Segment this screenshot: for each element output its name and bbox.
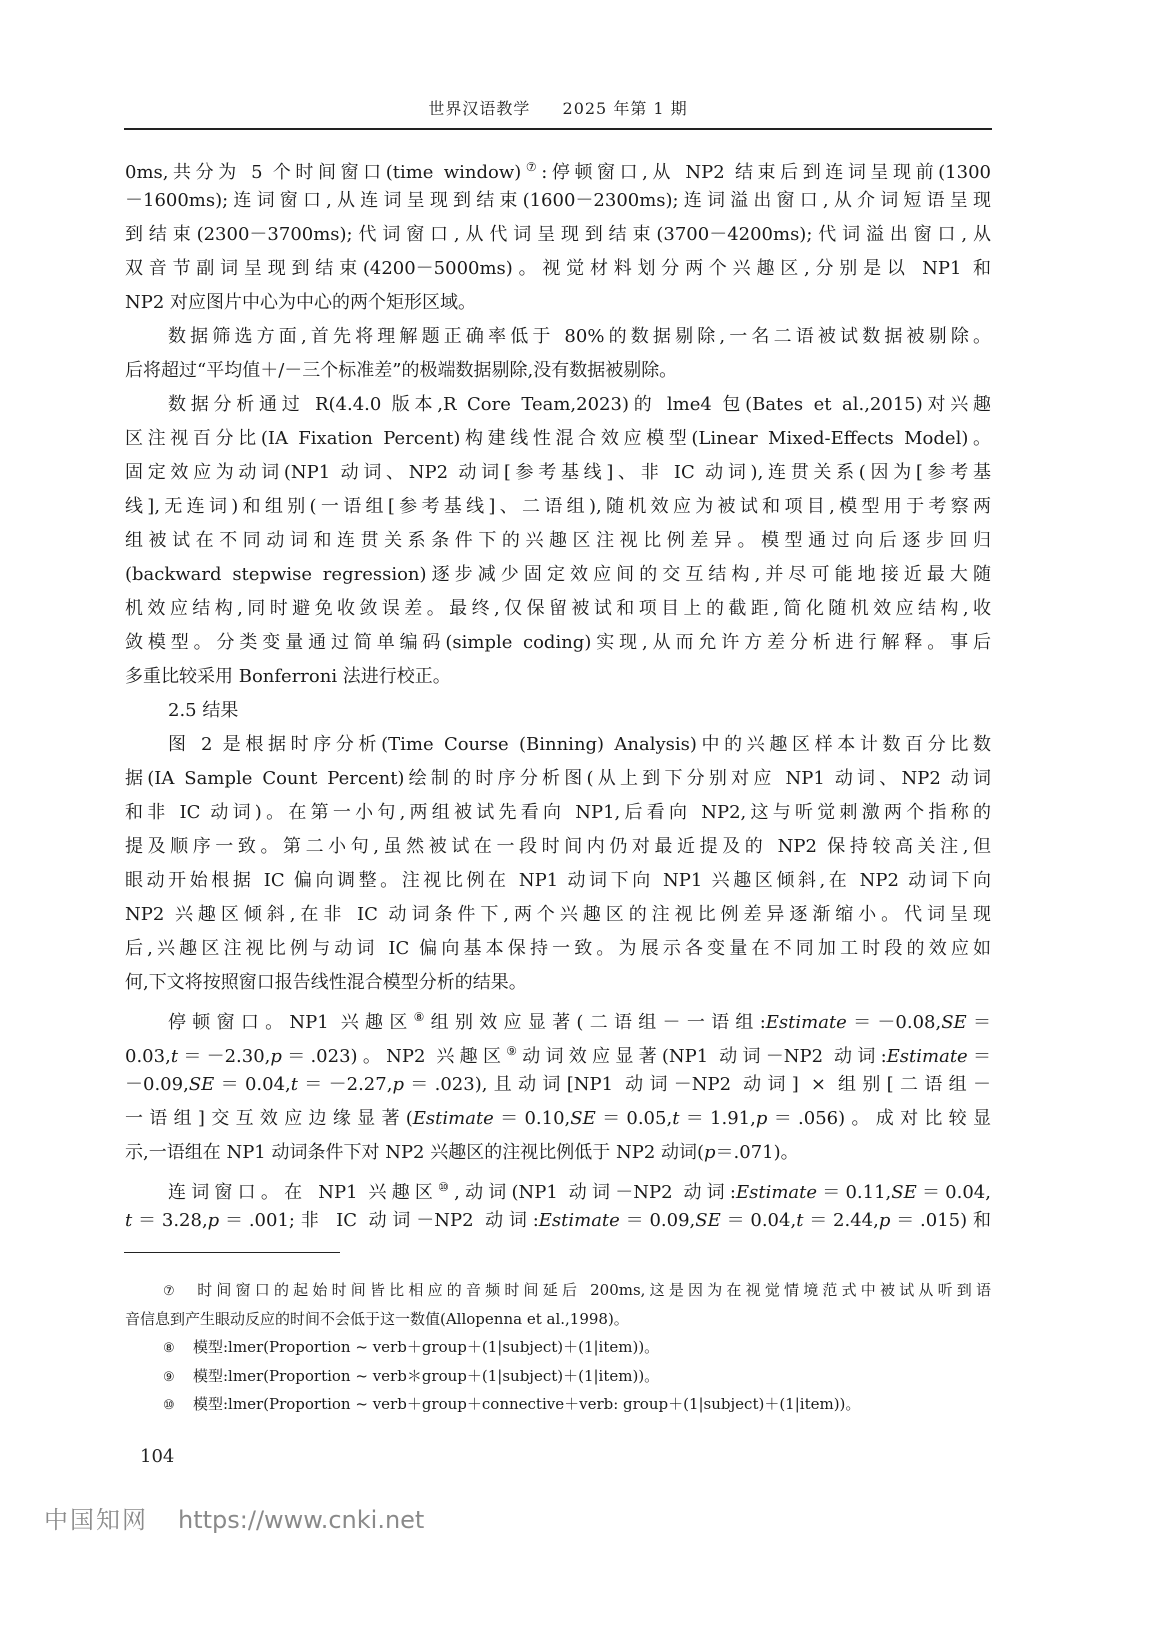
footnotes: ⑦时间窗口的起始时间皆比相应的音频时间延后 200ms,这是因为在视觉情境范式中… [125, 1276, 991, 1419]
body-text: 0ms,共分为 5 个时间窗口(time window)⑦:停顿窗口,从 NP2… [125, 150, 991, 1238]
text-line: 数据筛选方面,首先将理解题正确率低于 80%的数据剔除,一名二语被试数据被剔除。 [125, 320, 991, 354]
text-line: 示,一语组在 NP1 动词条件下对 NP2 兴趣区的注视比例低于 NP2 动词(… [125, 1136, 991, 1170]
footnote-mark: ⑩ [163, 1392, 193, 1421]
cnki-url[interactable]: https://www.cnki.net [178, 1506, 424, 1534]
text-line: 一语组]交互效应边缘显著(Estimate＝0.10,SE＝0.05,t＝1.9… [125, 1102, 991, 1136]
footnote-mark: ⑧ [163, 1335, 193, 1364]
text-line: －1600ms);连词窗口,从连词呈现到结束(1600－2300ms);连词溢出… [125, 184, 991, 218]
running-header: 世界汉语教学 2025 年第 1 期 [125, 96, 991, 119]
text-line: (backward stepwise regression)逐步减少固定效应间的… [125, 558, 991, 592]
footnote-9: ⑨模型:lmer(Proportion ~ verb＊group＋(1|subj… [125, 1362, 991, 1391]
section-heading: 2.5 结果 [125, 694, 991, 728]
footnote-ref-7[interactable]: ⑦ [521, 160, 541, 174]
text-line: －0.09,SE＝0.04,t＝－2.27,p＝.023),且动词[NP1 动词… [125, 1068, 991, 1102]
text-line: 和非 IC 动词)。在第一小句,两组被试先看向 NP1,后看向 NP2,这与听觉… [125, 796, 991, 830]
text-line: 线],无连词)和组别(一语组[参考基线]、二语组),随机效应为被试和项目,模型用… [125, 490, 991, 524]
text-line: 组被试在不同动词和连贯关系条件下的兴趣区注视比例差异。模型通过向后逐步回归 [125, 524, 991, 558]
text-line: 眼动开始根据 IC 偏向调整。注视比例在 NP1 动词下向 NP1 兴趣区倾斜,… [125, 864, 991, 898]
text-line: 据(IA Sample Count Percent)绘制的时序分析图(从上到下分… [125, 762, 991, 796]
footnote-7-cont: 音信息到产生眼动反应的时间不会低于这一数值(Allopenna et al.,1… [125, 1305, 991, 1334]
text-line: 区注视百分比(IA Fixation Percent)构建线性混合效应模型(Li… [125, 422, 991, 456]
page-number: 104 [140, 1446, 174, 1467]
text-line: 0ms,共分为 5 个时间窗口(time window)⑦:停顿窗口,从 NP2… [125, 150, 991, 184]
header-rule [124, 128, 992, 130]
footnote-7: ⑦时间窗口的起始时间皆比相应的音频时间延后 200ms,这是因为在视觉情境范式中… [125, 1276, 991, 1305]
text-line: t＝3.28,p＝.001;非 IC 动词－NP2 动词:Estimate＝0.… [125, 1204, 991, 1238]
cnki-watermark: 中国知网https://www.cnki.net [44, 1500, 424, 1535]
text-line: 机效应结构,同时避免收敛误差。最终,仅保留被试和项目上的截距,简化随机效应结构,… [125, 592, 991, 626]
text-line: 多重比较采用 Bonferroni 法进行校正。 [125, 660, 991, 694]
footnote-ref-9[interactable]: ⑨ [506, 1044, 522, 1058]
text-line: 敛模型。分类变量通过简单编码(simple coding)实现,从而允许方差分析… [125, 626, 991, 660]
text-line: 提及顺序一致。第二小句,虽然被试在一段时间内仍对最近提及的 NP2 保持较高关注… [125, 830, 991, 864]
issue-label: 2025 年第 1 期 [563, 99, 688, 118]
footnote-mark: ⑦ [163, 1278, 193, 1307]
text-line: NP2 兴趣区倾斜,在非 IC 动词条件下,两个兴趣区的注视比例差异逐渐缩小。代… [125, 898, 991, 932]
cnki-logo-text: 中国知网 [44, 1506, 148, 1534]
text-line: 固定效应为动词(NP1 动词、NP2 动词[参考基线]、非 IC 动词),连贯关… [125, 456, 991, 490]
text-line: 数据分析通过 R(4.4.0 版本,R Core Team,2023)的 lme… [125, 388, 991, 422]
text-line: 后,兴趣区注视比例与动词 IC 偏向基本保持一致。为展示各变量在不同加工时段的效… [125, 932, 991, 966]
footnote-separator [124, 1252, 340, 1253]
footnote-ref-10[interactable]: ⑩ [438, 1180, 454, 1194]
footnote-10: ⑩模型:lmer(Proportion ~ verb＋group＋connect… [125, 1390, 991, 1419]
footnote-ref-8[interactable]: ⑧ [414, 1010, 431, 1024]
text-line: 连词窗口。在 NP1 兴趣区⑩,动词(NP1 动词－NP2 动词:Estimat… [125, 1170, 991, 1204]
footnote-8: ⑧模型:lmer(Proportion ~ verb＋group＋(1|subj… [125, 1333, 991, 1362]
text-line: 双音节副词呈现到结束(4200－5000ms)。视觉材料划分两个兴趣区,分别是以… [125, 252, 991, 286]
text-line: 何,下文将按照窗口报告线性混合模型分析的结果。 [125, 966, 991, 1000]
text-line: 0.03,t＝－2.30,p＝.023)。NP2 兴趣区⑨动词效应显著(NP1 … [125, 1034, 991, 1068]
footnote-mark: ⑨ [163, 1364, 193, 1393]
journal-title: 世界汉语教学 [428, 99, 530, 118]
text-line: 到结束(2300－3700ms);代词窗口,从代词呈现到结束(3700－4200… [125, 218, 991, 252]
text-line: 停顿窗口。NP1 兴趣区⑧组别效应显著(二语组－一语组:Estimate＝－0.… [125, 1000, 991, 1034]
text-line: 图 2 是根据时序分析(Time Course (Binning) Analys… [125, 728, 991, 762]
text-line: NP2 对应图片中心为中心的两个矩形区域。 [125, 286, 991, 320]
text-line: 后将超过“平均值＋/－三个标准差”的极端数据剔除,没有数据被剔除。 [125, 354, 991, 388]
